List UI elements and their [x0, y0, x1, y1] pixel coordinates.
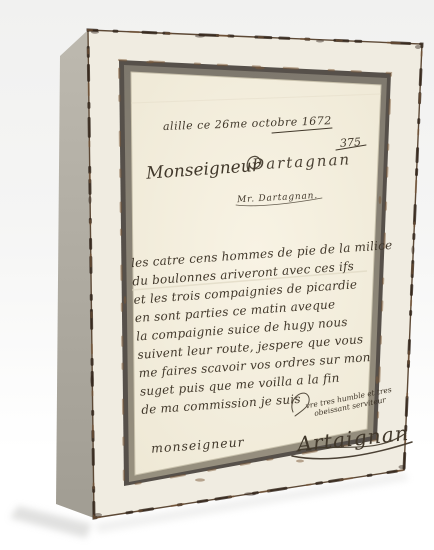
framed-letter-photo: alille ce 26me octobre 1672 375 Monseign…	[0, 0, 434, 550]
photo-backdrop: alille ce 26me octobre 1672 375 Monseign…	[0, 0, 434, 550]
